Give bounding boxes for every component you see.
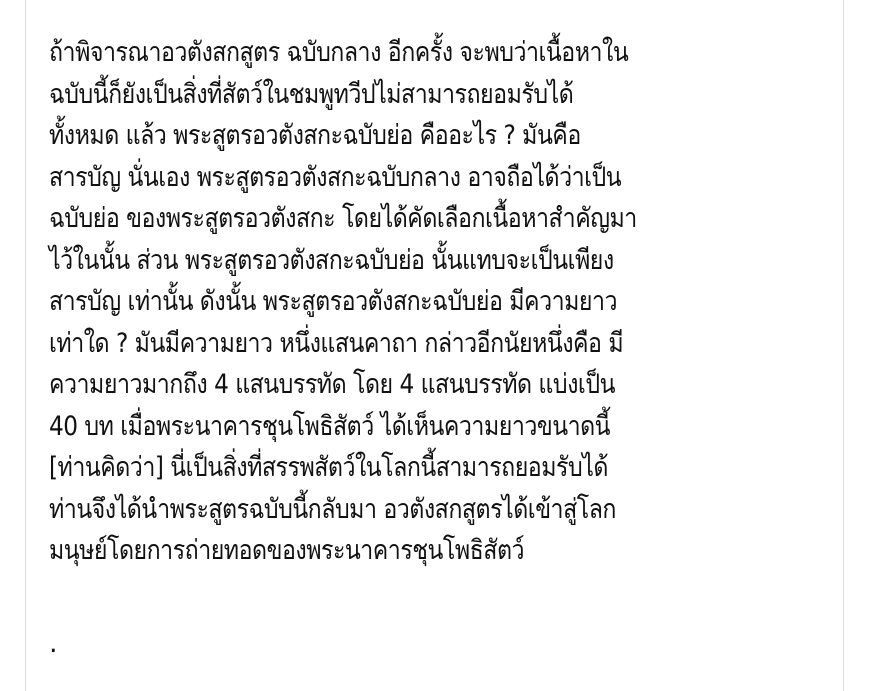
post-body-text: ถ้าพิจารณาอวตังสกสูตร ฉบับกลาง อีกครั้ง … (49, 32, 728, 572)
text-line: ความยาวมากถึง 4 แสนบรรทัด โดย 4 แสนบรรทั… (49, 364, 728, 406)
text-line: สารบัญ นั่นเอง พระสูตรอวตังสกะฉบับกลาง อ… (49, 157, 728, 199)
text-line: 40 บท เมื่อพระนาคารชุนโพธิสัตว์ ได้เห็นค… (49, 406, 728, 448)
text-line: ถ้าพิจารณาอวตังสกสูตร ฉบับกลาง อีกครั้ง … (49, 32, 728, 74)
text-line: สารบัญ เท่านั้น ดังนั้น พระสูตรอวตังสกะฉ… (49, 281, 728, 323)
text-line: เท่าใด ? มันมีความยาว หนึ่งแสนคาถา กล่าว… (49, 323, 728, 365)
text-line: ท่านจึงได้นำพระสูตรฉบับนี้กลับมา อวตังสก… (49, 489, 728, 531)
trailing-dot: . (49, 628, 58, 659)
text-line: ฉบับย่อ ของพระสูตรอวตังสกะ โดยได้คัดเลือ… (49, 198, 728, 240)
text-line: ไว้ในนั้น ส่วน พระสูตรอวตังสกะฉบับย่อ นั… (49, 240, 728, 282)
text-line: [ท่านคิดว่า] นี่เป็นสิ่งที่สรรพสัตว์ในโล… (49, 447, 728, 489)
text-line: ฉบับนี้ก็ยังเป็นสิ่งที่สัตว์ในชมพูทวีปไม… (49, 74, 728, 116)
post-card: ถ้าพิจารณาอวตังสกสูตร ฉบับกลาง อีกครั้ง … (25, 0, 844, 691)
text-line: ทั้งหมด แล้ว พระสูตรอวตังสกะฉบับย่อ คืออ… (49, 115, 728, 157)
text-line: มนุษย์โดยการถ่ายทอดของพระนาคารชุนโพธิสัต… (49, 530, 728, 572)
